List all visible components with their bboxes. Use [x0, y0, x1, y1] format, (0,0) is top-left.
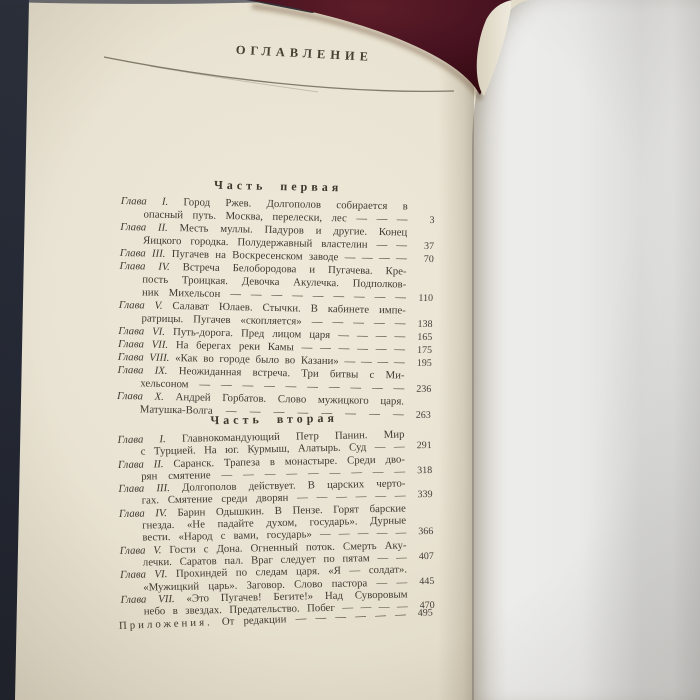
chapter-label: Глава IX. [117, 364, 167, 377]
chapter-label: Глава III. [118, 482, 170, 495]
header-rule-echo [150, 66, 318, 92]
chapter-label: Глава V. [120, 544, 162, 557]
section-heading: Часть первая [121, 177, 435, 196]
table-edge [0, 0, 30, 700]
chapter-label: Глава II. [120, 221, 168, 234]
chapter-label: Глава VI. [118, 325, 165, 338]
chapter-label: Глава VII. [118, 338, 168, 351]
page-number: 318 [406, 465, 432, 478]
chapter-label: Приложения. [119, 617, 213, 633]
page-number: 236 [405, 383, 431, 396]
chapter-label: Глава IV. [119, 507, 167, 520]
table-gap-wedge [246, 0, 382, 13]
chapter-label: Глава IV. [119, 260, 169, 273]
table-of-contents: Часть перваяГлава I. Город Ржев. Долгопо… [119, 177, 433, 633]
page-number: 37 [408, 240, 434, 253]
page-number: 445 [408, 576, 434, 589]
chapter-label: Глава VIII. [118, 351, 170, 364]
chapter-label: Глава VII. [120, 593, 174, 606]
page-number: 70 [408, 253, 434, 266]
chapter-label: Глава VI. [120, 568, 168, 581]
page-number: 366 [407, 526, 433, 539]
page-number: 3 [408, 214, 434, 227]
page-number: 165 [406, 331, 432, 344]
page-title: ОГЛАВЛЕНИЕ [222, 42, 388, 66]
page-number: 495 [407, 608, 433, 621]
page-number: 339 [407, 489, 433, 502]
chapter-label: Глава I. [121, 195, 169, 208]
page-number: 195 [406, 357, 432, 370]
gutter-fold-shadow [438, 0, 474, 700]
chapter-label: Глава I. [117, 433, 165, 446]
chapter-label: Глава III. [120, 247, 166, 260]
facing-page-shade [560, 0, 700, 700]
header-rule-line [104, 57, 454, 91]
chapter-label: Глава II. [118, 458, 164, 471]
toc-section: Часть перваяГлава I. Город Ржев. Долгопо… [117, 177, 436, 422]
page-number: 138 [406, 318, 432, 331]
toc-section: Часть втораяГлава I. Главнокомандующий П… [117, 410, 435, 618]
page-number: 110 [407, 292, 433, 305]
top-edge-shadow [0, 0, 270, 4]
chapter-label: Глава V. [119, 299, 163, 312]
page-number: 407 [408, 551, 434, 564]
book-photo: ОГЛАВЛЕНИЕ Часть перваяГлава I. Город Рж… [0, 0, 700, 700]
page-number: 291 [406, 440, 432, 453]
chapter-label: Глава X. [117, 390, 164, 403]
page-number: 175 [406, 344, 432, 357]
